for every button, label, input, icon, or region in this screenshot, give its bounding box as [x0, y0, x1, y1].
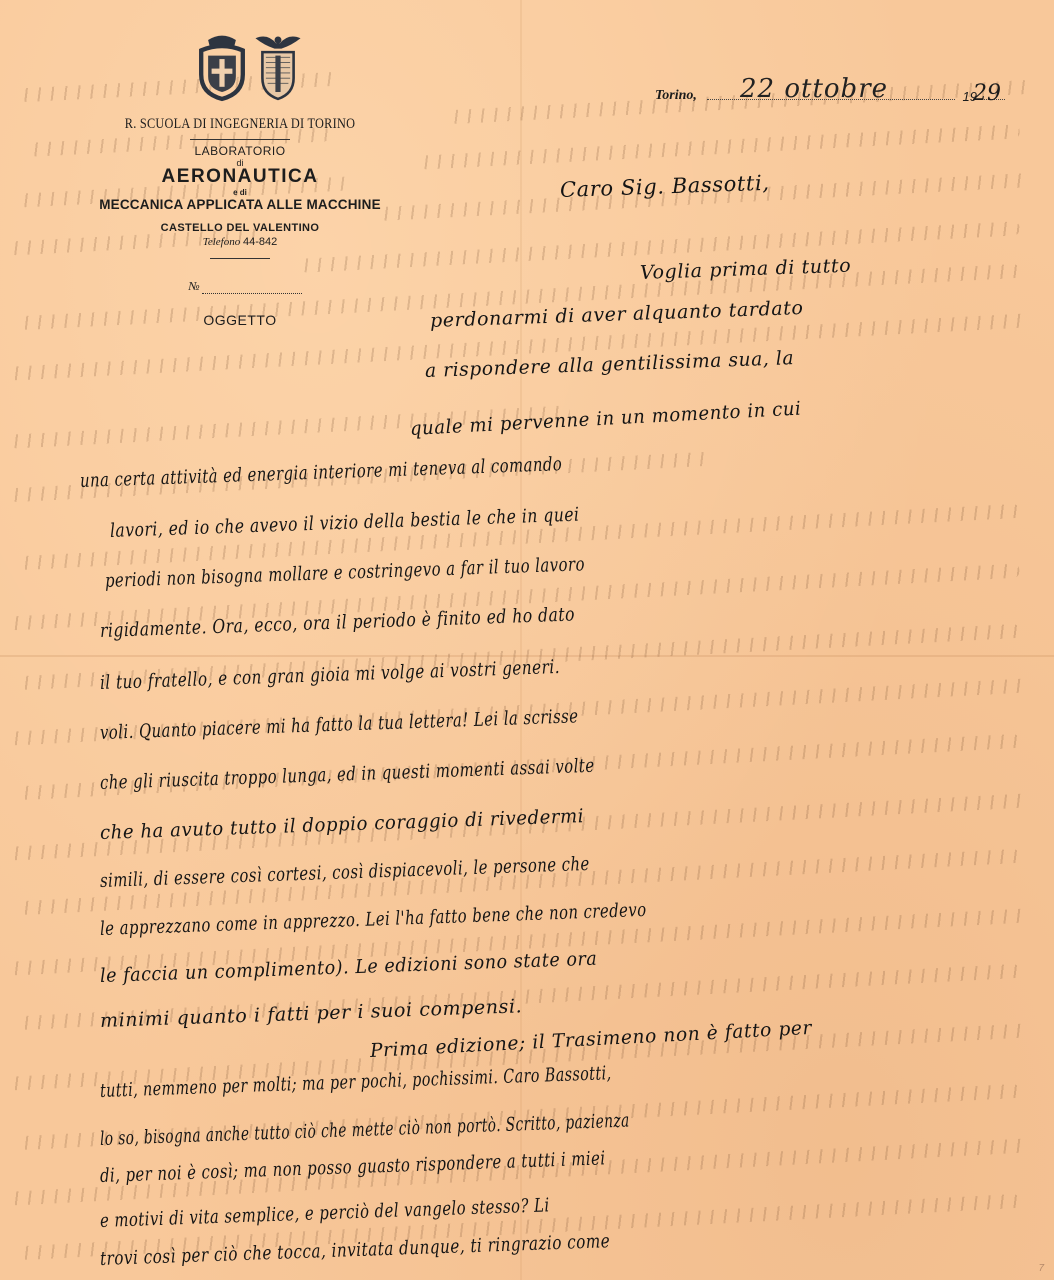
coat-of-arms: [90, 30, 410, 102]
phone-label: Telefono: [203, 236, 241, 248]
handwritten-year: 29: [973, 81, 1001, 106]
address: CASTELLO DEL VALENTINO: [70, 222, 410, 234]
eagle-fasces-crest-icon: [252, 30, 304, 102]
divider: [190, 139, 290, 140]
handwritten-date: 22 ottobre: [740, 74, 888, 104]
department-meccanica: MECCANICA APPLICATA ALLE MACCHINE: [70, 197, 410, 212]
school-name: R. SCUOLA DI INGEGNERIA DI TORINO: [101, 116, 380, 133]
department-aeronautica: AERONAUTICA: [70, 166, 410, 188]
letterhead: R. SCUOLA DI INGEGNERIA DI TORINO LABORA…: [70, 30, 410, 328]
place-label: Torino,: [655, 88, 697, 104]
number-dotted-line: [202, 283, 302, 294]
date-line: Torino, 22 ottobre 19 29: [655, 72, 1005, 108]
subject-label: OGGETTO: [70, 312, 410, 328]
laboratory-label: LABORATORIO: [70, 144, 410, 158]
number-label: №: [188, 279, 199, 294]
e-di-label: e di: [70, 188, 410, 197]
divider: [210, 258, 270, 259]
page-mark: 7: [1038, 1263, 1044, 1274]
paper-fold-vertical: [520, 0, 522, 1280]
savoy-cross-crest-icon: [196, 30, 248, 102]
phone-line: Telefono 44-842: [70, 236, 410, 248]
reference-number-field: №: [80, 279, 410, 294]
phone-number: 44-842: [243, 236, 277, 248]
